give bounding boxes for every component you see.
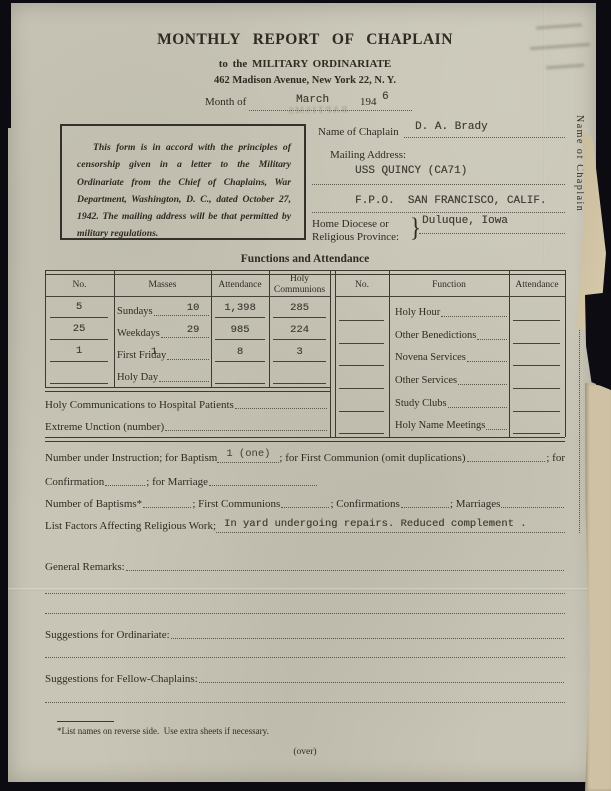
cell-rule: [273, 339, 326, 340]
col-header-function: Function: [389, 280, 509, 291]
home-diocese-label-line2: Religious Province:: [312, 231, 399, 244]
general-remarks-label: General Remarks:: [45, 560, 125, 574]
leader-dots: [105, 485, 145, 486]
month-value: March: [296, 94, 329, 106]
name-rule: [404, 137, 565, 138]
blank-ruled-line: [45, 593, 565, 594]
leader-dots: [209, 485, 317, 486]
blank-ruled-line: [45, 657, 565, 658]
bleedthrough-text: BAPTISMS: [287, 105, 348, 116]
blank-ruled-line: [45, 613, 565, 614]
function-row-label: Other Benedictions: [395, 329, 476, 343]
cell-rule: [50, 383, 108, 384]
marriages-label: ; Marriages: [450, 497, 500, 511]
instruction-rule: 1 (one): [217, 447, 279, 463]
leader-dots: [467, 361, 507, 362]
function-row-label: Novena Services: [395, 351, 466, 365]
leader-dots: [401, 507, 449, 508]
functions-table-right-border: [565, 270, 566, 437]
masses-table-bottom-rule: [45, 387, 330, 392]
horizontal-crease: [8, 588, 596, 591]
extreme-unction-label: Extreme Unction (number): [45, 420, 164, 434]
leader-dots: [441, 316, 507, 317]
month-rule: [249, 110, 412, 111]
masses-row-attendance: 1,398: [213, 302, 267, 314]
leader-dots: [501, 507, 564, 508]
instruction-value: 1 (one): [226, 448, 270, 460]
cell-rule: [513, 320, 560, 321]
cell-rule: [513, 343, 560, 344]
first-communions-label: ; First Communions: [192, 497, 280, 511]
masses-row-communions: 3: [271, 346, 328, 358]
diocese-rule: [419, 233, 565, 234]
leader-dots: [199, 682, 564, 683]
factors-label: List Factors Affecting Religious Work;: [45, 519, 216, 533]
masses-row-label: Sundays: [117, 305, 153, 319]
masses-row-count: 1: [144, 346, 164, 358]
footnote-rule: [57, 721, 114, 722]
masses-row-communions: 224: [271, 324, 328, 336]
cell-rule: [215, 317, 265, 318]
col-header-masses: Masses: [114, 280, 211, 291]
cell-rule: [273, 361, 326, 362]
scanned-document-photo: BAPTISMS MONTHLY REPORT OF CHAPLAIN to t…: [0, 0, 611, 791]
month-label: Month of: [205, 96, 246, 109]
name-of-chaplain-value: D. A. Brady: [415, 121, 488, 133]
mailing-address-line1: USS QUINCY (CA71): [355, 165, 467, 177]
home-diocese-label-line1: Home Diocese or: [312, 218, 389, 231]
leader-dots: [486, 429, 507, 430]
cell-rule: [513, 388, 560, 389]
col-header-no: No.: [45, 280, 114, 291]
form-title: MONTHLY REPORT OF CHAPLAIN: [45, 31, 565, 50]
form-subtitle: to the MILITARY ORDINARIATE: [45, 58, 565, 71]
marriage-label: ; for Marriage: [146, 475, 208, 489]
year-typed: 6: [382, 91, 389, 103]
cell-rule: [339, 411, 384, 412]
cell-rule: [50, 317, 108, 318]
fellow-chaplains-label: Suggestions for Fellow-Chaplains:: [45, 672, 198, 686]
masses-row-attendance: 985: [213, 324, 267, 336]
mailing-address-label: Mailing Address:: [330, 149, 406, 162]
name-of-chaplain-label: Name of Chaplain: [318, 126, 399, 139]
cell-rule: [513, 411, 560, 412]
leader-dots: [458, 384, 507, 385]
masses-row-no: 25: [47, 323, 111, 335]
form-address: 462 Madison Avenue, New York 22, N. Y.: [45, 75, 565, 88]
functions-header-rule: [335, 296, 565, 297]
function-row-label: Holy Hour: [395, 306, 440, 320]
censorship-notice-text: This form is in accord with the principl…: [77, 139, 291, 243]
home-diocese-value: Duluque, Iowa: [422, 215, 508, 227]
factors-value: In yard undergoing repairs. Reduced comp…: [224, 517, 526, 531]
leader-dots: [235, 408, 327, 409]
first-communion-label: ; for First Communion (omit duplications…: [279, 451, 465, 465]
mailing-rule-1: [312, 184, 565, 185]
baptisms-label: Number of Baptisms*: [45, 497, 142, 511]
cell-rule: [273, 317, 326, 318]
ordinariate-label: Suggestions for Ordinariate:: [45, 628, 170, 642]
leader-dots: [448, 407, 507, 408]
function-row-label: Other Services: [395, 374, 457, 388]
leader-dots: [467, 461, 546, 462]
cell-rule: [215, 383, 265, 384]
cell-rule: [339, 343, 384, 344]
vertical-margin-rule: [579, 311, 580, 533]
cell-rule: [339, 365, 384, 366]
masses-header-rule: [45, 296, 330, 297]
function-row-label: Study Clubs: [395, 397, 447, 411]
cell-rule: [339, 320, 384, 321]
col-header-no: No.: [335, 280, 389, 291]
masses-row-label: Holy Day: [117, 371, 158, 385]
center-divider-left: [330, 270, 331, 437]
censorship-notice-box: This form is in accord with the principl…: [60, 124, 306, 240]
masses-row-label: Weekdays: [117, 327, 160, 341]
leader-dots: [161, 337, 209, 338]
leader-dots: [165, 430, 327, 431]
leader-dots: [281, 507, 329, 508]
masses-row-count: 10: [176, 302, 210, 314]
leader-dots: [143, 507, 191, 508]
factors-rule: In yard undergoing repairs. Reduced comp…: [216, 517, 565, 533]
cell-rule: [339, 433, 384, 434]
col-header-holy-communions: Holy Communions: [269, 274, 330, 296]
col-header-attendance: Attendance: [211, 280, 269, 291]
table-bottom-rule: [45, 437, 565, 442]
leader-dots: [126, 570, 564, 571]
year-printed: 194: [360, 96, 377, 109]
cell-rule: [50, 361, 108, 362]
masses-row-communions: 285: [271, 302, 328, 314]
footnote-text: *List names on reverse side. Use extra s…: [57, 726, 269, 737]
leader-dots: [171, 638, 564, 639]
leader-dots: [167, 359, 209, 360]
masses-row-no: 1: [47, 345, 111, 357]
for-label: ; for: [546, 451, 565, 465]
mailing-rule-2: [312, 212, 565, 213]
cell-rule: [513, 365, 560, 366]
cell-rule: [513, 433, 560, 434]
instruction-label: Number under Instruction; for Baptism: [45, 451, 217, 465]
leader-dots: [477, 339, 507, 340]
mailing-address-line2: F.P.O. SAN FRANCISCO, CALIF.: [355, 195, 546, 207]
brace-glyph: }: [410, 212, 421, 244]
over-label: (over): [45, 747, 565, 758]
leader-dots: [154, 315, 209, 316]
masses-row-no: 5: [47, 301, 111, 313]
leader-dots: [159, 381, 209, 382]
cell-rule: [215, 339, 265, 340]
masses-row-attendance: 8: [213, 346, 267, 358]
dark-edge-top-left: [0, 0, 11, 128]
cell-rule: [273, 383, 326, 384]
hospital-patients-label: Holy Communications to Hospital Patients: [45, 398, 234, 412]
col-header-attendance: Attendance: [509, 280, 565, 291]
section-title: Functions and Attendance: [45, 253, 565, 267]
function-row-label: Holy Name Meetings: [395, 419, 485, 433]
blank-ruled-line: [45, 702, 565, 703]
cell-rule: [215, 361, 265, 362]
confirmations-label: ; Confirmations: [330, 497, 399, 511]
cell-rule: [339, 388, 384, 389]
confirmation-label: Confirmation: [45, 475, 104, 489]
cell-rule: [50, 339, 108, 340]
underlying-page-edge: [585, 383, 611, 791]
masses-row-count: 29: [176, 324, 210, 336]
form-page: BAPTISMS MONTHLY REPORT OF CHAPLAIN to t…: [8, 3, 596, 782]
